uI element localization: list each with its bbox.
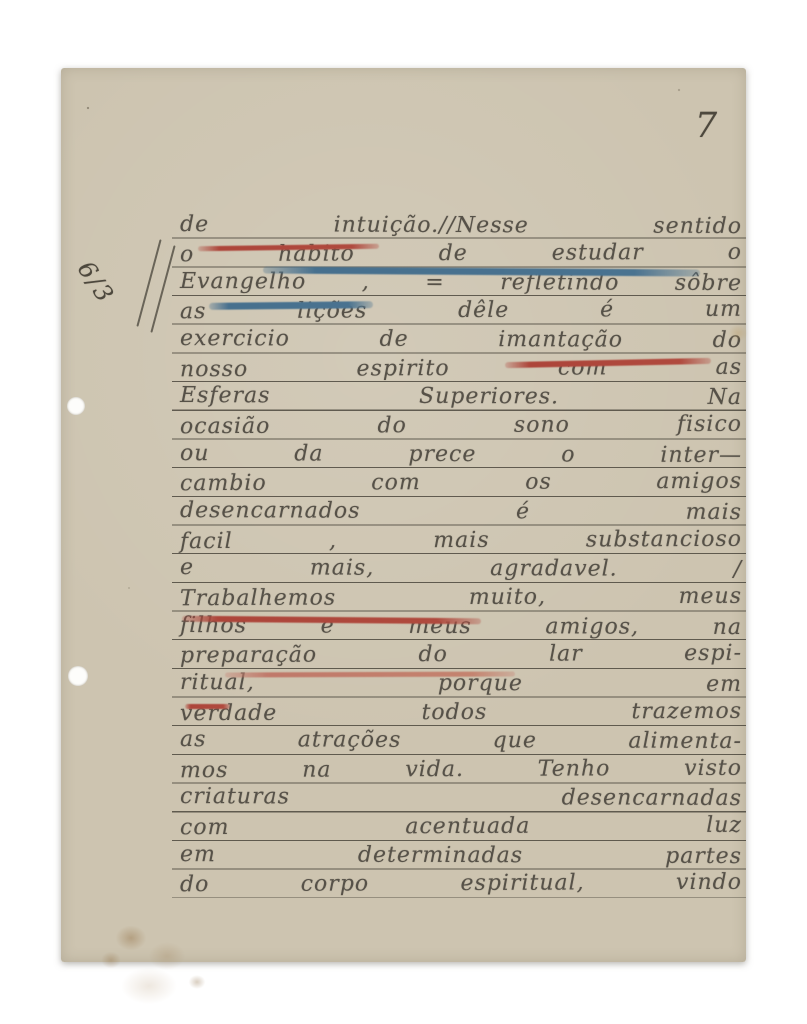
punch-hole-bottom: [68, 666, 88, 686]
handwritten-line-19: as atrações que alimenta-: [172, 726, 746, 756]
page-number: 7: [681, 106, 731, 156]
handwritten-line-14: Trabalhemos muito, meus: [172, 583, 746, 614]
handwritten-line-24: do corpo espiritual, vindo: [172, 869, 746, 900]
handwritten-line-23: em determinadas partes: [172, 841, 746, 871]
handwritten-line-18: verdade todos trazemos: [172, 698, 746, 729]
stain-bottom-left: [79, 886, 299, 1016]
handwritten-line-8: ocasião do sono fisico: [172, 411, 746, 442]
handwritten-line-21: criaturas desencarnadas: [172, 783, 746, 813]
scanned-manuscript-background: 7 6/3 de intuição.//Nesse sentido o habi…: [0, 0, 807, 1024]
red-underline-ritual: [185, 704, 230, 709]
manuscript-page: 7 6/3 de intuição.//Nesse sentido o habi…: [61, 68, 746, 962]
margin-note: 6/3: [72, 256, 120, 309]
handwritten-line-7: Esferas Superiores. Na: [172, 382, 746, 412]
red-underline-preparacao: [225, 671, 515, 677]
handwritten-line-13: e mais, agradavel. /: [172, 554, 746, 584]
punch-hole-top: [67, 397, 85, 415]
handwritten-line-10: cambio com os amigos: [172, 468, 746, 499]
handwritten-line-2: o habito de estudar o: [172, 239, 746, 270]
handwritten-line-20: mos na vida. Tenho visto: [172, 755, 746, 786]
handwritten-line-5: exercicio de imantação do: [172, 325, 746, 355]
handwritten-line-4: as lições dêle é um: [172, 296, 746, 327]
margin-slash-mark: [136, 239, 161, 326]
handwritten-line-9: ou da prece o inter—: [172, 440, 746, 470]
handwritten-line-12: facil , mais substancioso: [172, 526, 746, 557]
handwritten-line-1: de intuição.//Nesse sentido: [172, 211, 746, 241]
handwritten-line-22: com acentuada luz: [172, 812, 746, 843]
handwritten-line-11: desencarnados é mais: [172, 497, 746, 527]
handwritten-line-16: preparação do lar espi-: [172, 640, 746, 671]
